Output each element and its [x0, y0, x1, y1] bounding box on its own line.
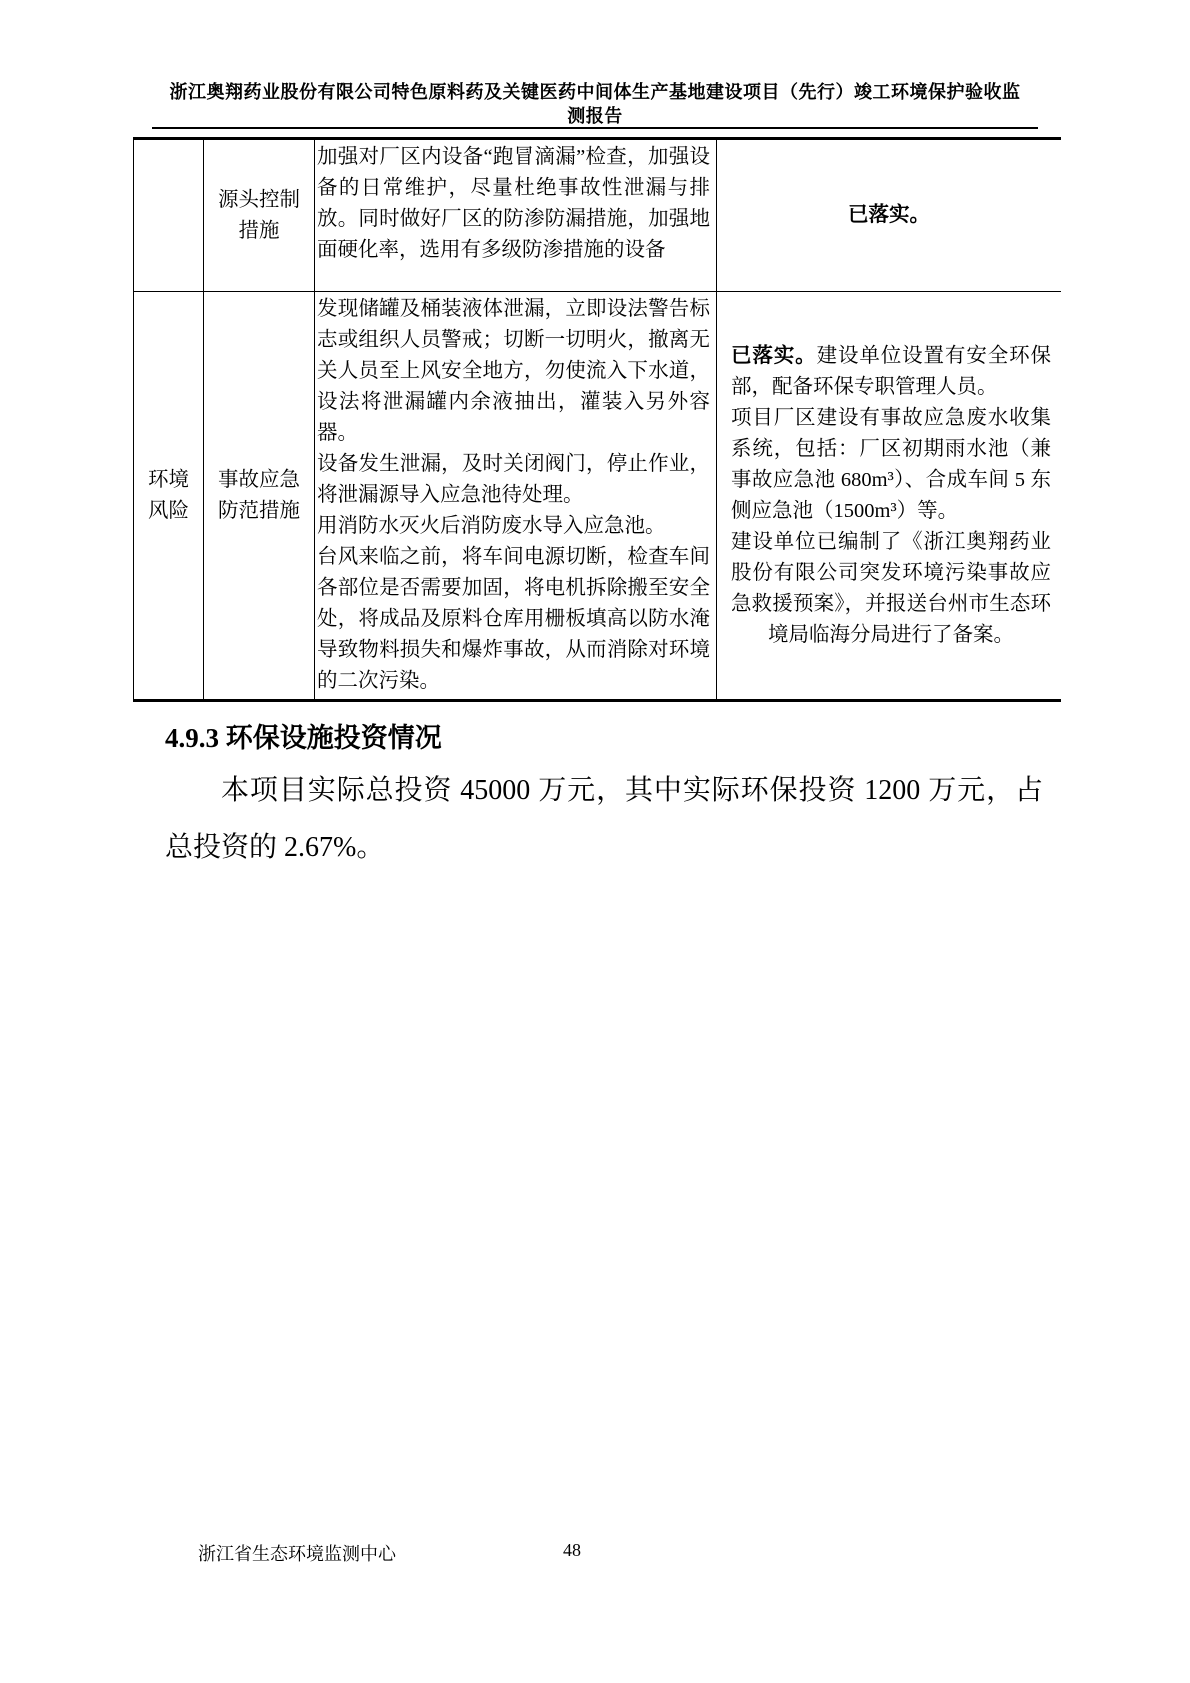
header-title-line1: 浙江奥翔药业股份有限公司特色原料药及关键医药中间体生产基地建设项目（先行）竣工环…: [95, 80, 1095, 104]
requirement-paragraph: 设备发生泄漏，及时关闭阀门，停止作业，将泄漏源导入应急池待处理。: [317, 449, 710, 511]
document-header: 浙江奥翔药业股份有限公司特色原料药及关键医药中间体生产基地建设项目（先行）竣工环…: [95, 80, 1095, 128]
status-paragraph-1: 已落实。建设单位设置有安全环保部，配备环保专职管理人员。: [731, 341, 1051, 403]
header-title-line2: 测报告: [95, 104, 1095, 128]
footer-page-number: 48: [563, 1540, 581, 1561]
document-page: 浙江奥翔药业股份有限公司特色原料药及关键医药中间体生产基地建设项目（先行）竣工环…: [0, 0, 1190, 1683]
status-paragraph-3: 建设单位已编制了《浙江奥翔药业股份有限公司突发环境污染事故应急救援预案》，并报送…: [731, 527, 1051, 651]
requirement-paragraph: 发现储罐及桶装液体泄漏，立即设法警告标志或组织人员警戒；切断一切明火，撤离无关人…: [317, 294, 710, 449]
cell-requirement-source-control: 加强对厂区内设备“跑冒滴漏”检查，加强设备的日常维护，尽量杜绝事故性泄漏与排放。…: [315, 140, 717, 292]
header-divider: [152, 127, 1038, 129]
measure-type-label: 事故应急防范措施: [212, 465, 306, 527]
cell-status-emergency: 已落实。建设单位设置有安全环保部，配备环保专职管理人员。 项目厂区建设有事故应急…: [717, 292, 1061, 699]
section-heading: 4.9.3 环保设施投资情况: [165, 716, 442, 755]
status-implemented-label: 已落实。: [731, 345, 817, 367]
cell-category-empty: [134, 140, 204, 292]
requirement-paragraph: 台风来临之前，将车间电源切断，检查车间各部位是否需要加固，将电机拆除搬至安全处，…: [317, 542, 710, 697]
status-implemented-label: 已落实。: [848, 200, 930, 231]
status-paragraph-2: 项目厂区建设有事故应急废水收集系统，包括：厂区初期雨水池（兼事故应急池 680m…: [731, 403, 1051, 527]
cell-measure-type-emergency: 事故应急防范措施: [204, 292, 315, 699]
investment-paragraph: 本项目实际总投资 45000 万元，其中实际环保投资 1200 万元，占总投资的…: [165, 762, 1043, 876]
cell-measure-type-source-control: 源头控制措施: [204, 140, 315, 292]
cell-requirement-emergency: 发现储罐及桶装液体泄漏，立即设法警告标志或组织人员警戒；切断一切明火，撤离无关人…: [315, 292, 717, 699]
cell-category-environmental-risk: 环境风险: [134, 292, 204, 699]
cell-status-source-control: 已落实。: [717, 140, 1061, 292]
requirement-paragraph: 用消防水灭火后消防废水导入应急池。: [317, 511, 710, 542]
category-label: 环境风险: [142, 465, 195, 527]
measure-type-label: 源头控制措施: [212, 185, 306, 247]
footer-organization: 浙江省生态环境监测中心: [198, 1540, 396, 1566]
environmental-measures-table: 源头控制措施 加强对厂区内设备“跑冒滴漏”检查，加强设备的日常维护，尽量杜绝事故…: [133, 137, 1061, 702]
requirement-text: 加强对厂区内设备“跑冒滴漏”检查，加强设备的日常维护，尽量杜绝事故性泄漏与排放。…: [317, 142, 710, 266]
